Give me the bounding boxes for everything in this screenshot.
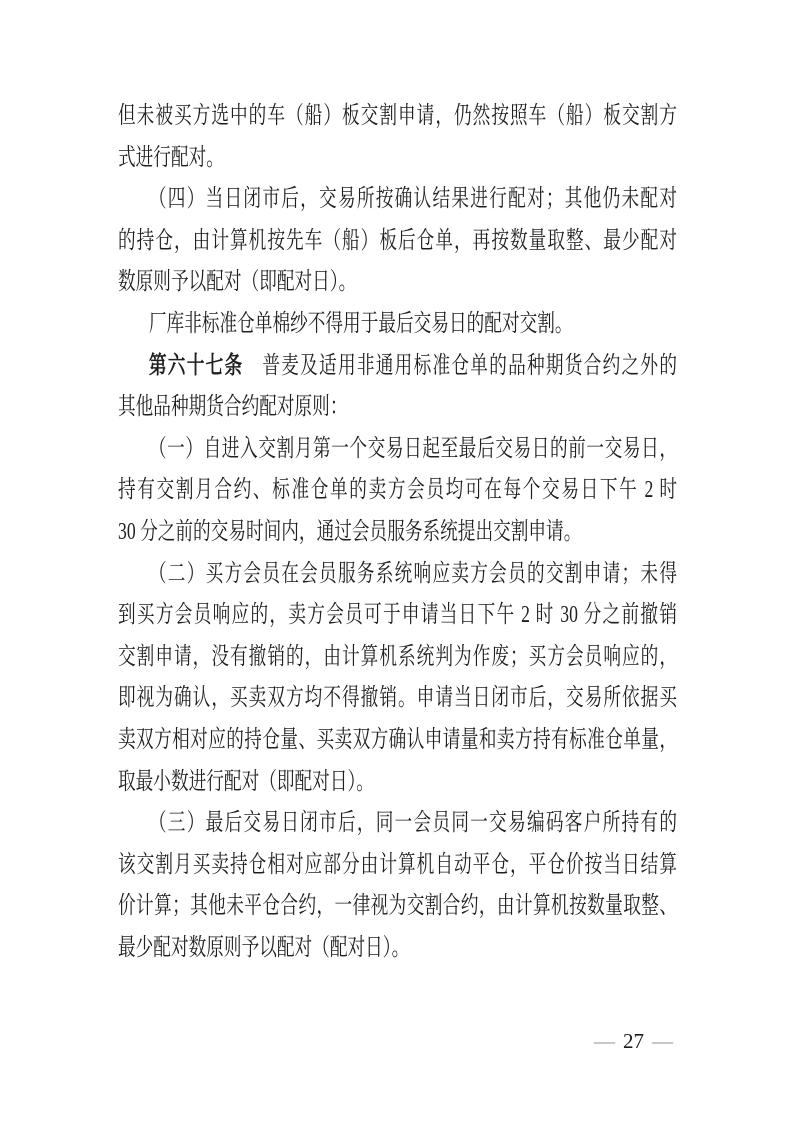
page-footer: —27— [594,1029,673,1053]
text-line: 价计算；其他未平仓合约，一律视为交割合约，由计算机按数量取整、 [118,886,677,928]
text-line: 到买方会员响应的，卖方会员可于申请当日下午 2 时 30 分之前撤销 [118,595,677,637]
text-line: （三）最后交易日闭市后，同一会员同一交易编码客户所持有的 [118,803,677,845]
document-page: 但未被买方选中的车（船）板交割申请，仍然按照车（船）板交割方式进行配对。（四）当… [0,0,793,1122]
text-line: 数原则予以配对（即配对日）。 [118,262,677,304]
document-body: 但未被买方选中的车（船）板交割申请，仍然按照车（船）板交割方式进行配对。（四）当… [118,96,677,969]
text-line: 卖双方相对应的持仓量、买卖双方确认申请量和卖方持有标准仓单量， [118,720,677,762]
article-number: 第六十七条 [149,353,244,379]
page-number: 27 [623,1029,644,1053]
text-line: 即视为确认，买卖双方均不得撤销。申请当日闭市后，交易所依据买 [118,678,677,720]
text-line: 取最小数进行配对（即配对日）。 [118,762,677,804]
text-line: 其他品种期货合约配对原则： [118,387,677,429]
text-line: 交割申请，没有撤销的，由计算机系统判为作废；买方会员响应的， [118,637,677,679]
text-line: 该交割月买卖持仓相对应部分由计算机自动平仓，平仓价按当日结算 [118,845,677,887]
text-line: 但未被买方选中的车（船）板交割申请，仍然按照车（船）板交割方 [118,96,677,138]
text-line: 厂库非标准仓单棉纱不得用于最后交易日的配对交割。 [118,304,677,346]
text-line: （四）当日闭市后，交易所按确认结果进行配对；其他仍未配对 [118,179,677,221]
footer-dash-left: — [594,1029,615,1053]
footer-dash-right: — [652,1029,673,1053]
text-line: （二）买方会员在会员服务系统响应卖方会员的交割申请；未得 [118,554,677,596]
text-line: 式进行配对。 [118,138,677,180]
text-line: 最少配对数原则予以配对（配对日）。 [118,928,677,970]
text-line: 第六十七条 普麦及适用非通用标准仓单的品种期货合约之外的 [118,346,677,388]
text-line: 的持仓，由计算机按先车（船）板后仓单，再按数量取整、最少配对 [118,221,677,263]
text-line: 30 分之前的交易时间内，通过会员服务系统提出交割申请。 [118,512,677,554]
text-line: 持有交割月合约、标准仓单的卖方会员均可在每个交易日下午 2 时 [118,470,677,512]
text-line: （一）自进入交割月第一个交易日起至最后交易日的前一交易日， [118,429,677,471]
